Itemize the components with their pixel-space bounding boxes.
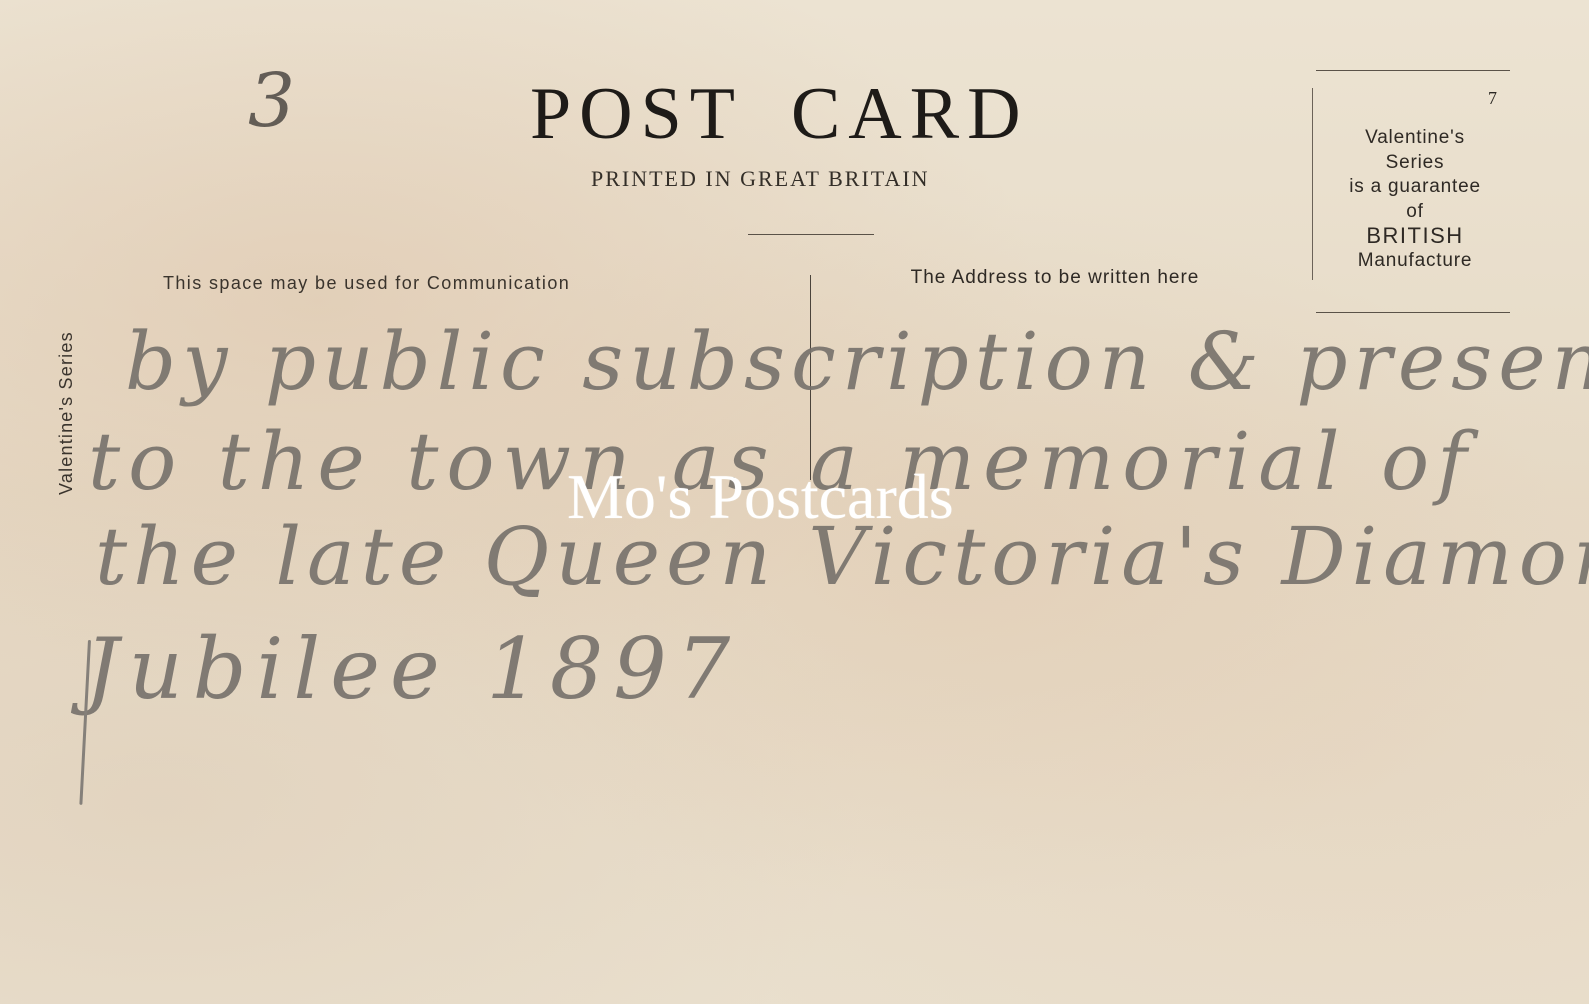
stamp-line-1: Valentine's bbox=[1320, 126, 1510, 151]
title-word-card: CARD bbox=[791, 73, 1029, 155]
communication-label: This space may be used for Communication bbox=[163, 273, 570, 294]
stamp-box-text: Valentine's Series is a guarantee of BRI… bbox=[1320, 126, 1510, 273]
stamp-line-5: BRITISH bbox=[1320, 224, 1510, 249]
title-rule-divider bbox=[748, 234, 874, 235]
handwritten-corner-number: 3 bbox=[248, 58, 295, 144]
watermark: Mo's Postcards bbox=[567, 460, 954, 534]
printed-in-label: PRINTED IN GREAT BRITAIN bbox=[591, 166, 930, 192]
stamp-box-number: 7 bbox=[1488, 88, 1497, 109]
title-word-post: POST bbox=[530, 73, 743, 155]
publisher-side-text: Valentine's Series bbox=[56, 331, 77, 495]
handwritten-line-4: Jubilee 1897 bbox=[85, 620, 740, 718]
postcard-title: POSTCARD bbox=[530, 72, 1029, 157]
stamp-line-3: is a guarantee bbox=[1320, 175, 1510, 200]
stamp-line-2: Series bbox=[1320, 151, 1510, 176]
postcard-back: POSTCARD PRINTED IN GREAT BRITAIN This s… bbox=[0, 0, 1589, 1004]
address-label: The Address to be written here bbox=[875, 263, 1235, 292]
stamp-line-4: of bbox=[1320, 200, 1510, 225]
stamp-line-6: Manufacture bbox=[1320, 249, 1510, 274]
stamp-box-left-rule bbox=[1312, 88, 1313, 280]
handwritten-line-1: by public subscription & presented bbox=[125, 315, 1589, 408]
stamp-box-bottom-rule bbox=[1316, 312, 1510, 313]
stamp-box-top-rule bbox=[1316, 70, 1510, 71]
